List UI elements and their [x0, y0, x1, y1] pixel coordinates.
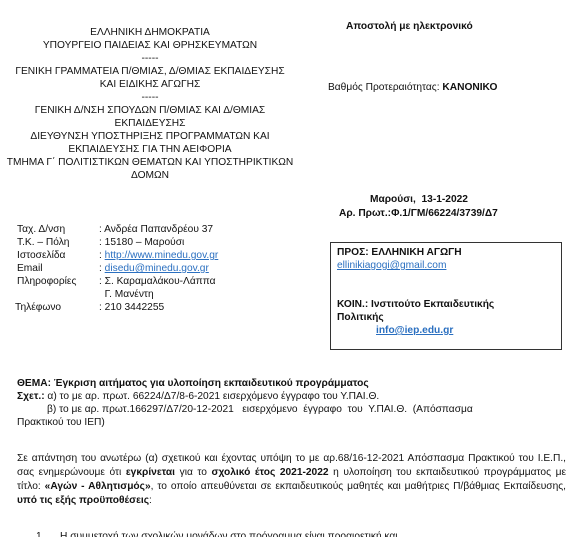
- list-number: 1.: [36, 530, 60, 537]
- header-line: ΓΕΝΙΚΗ ΓΡΑΜΜΑΤΕΙΑ Π/ΘΜΙΑΣ, Δ/ΘΜΙΑΣ ΕΚΠΑΙ…: [0, 65, 300, 78]
- header-line: ΚΑΙ ΕΙΔΙΚΗΣ ΑΓΩΓΗΣ: [0, 78, 300, 91]
- body-emphasis: εγκρίνεται: [126, 467, 175, 478]
- header-separator: -----: [0, 52, 300, 65]
- reference-a: Σχετ.: α) το με αρ. πρωτ. 66224/Δ7/8-6-2…: [17, 390, 577, 403]
- program-title: «Αγών - Αθλητισμός»: [45, 481, 151, 492]
- recipient-cc: ΚΟΙΝ.: Ινστιτούτο Εκπαιδευτικής: [337, 298, 555, 311]
- header-line: ΓΕΝΙΚΗ Δ/ΝΣΗ ΣΠΟΥΔΩΝ Π/ΘΜΙΑΣ ΚΑΙ Δ/ΘΜΙΑΣ: [0, 104, 300, 117]
- recipients-box: ΠΡΟΣ: ΕΛΛΗΝΙΚΗ ΑΓΩΓΗ ellinikiagogi@gmail…: [330, 242, 562, 350]
- body-text: , το οποίο απευθύνεται σε εκπαιδευτικούς…: [151, 481, 575, 492]
- header-line: ΥΠΟΥΡΓΕΙΟ ΠΑΙΔΕΙΑΣ ΚΑΙ ΘΡΗΣΚΕΥΜΑΤΩΝ: [0, 39, 300, 52]
- header-line: ΕΛΛΗΝΙΚΗ ΔΗΜΟΚΡΑΤΙΑ: [0, 26, 300, 39]
- header-line: ΕΚΠΑΙΔΕΥΣΗΣ ΓΙΑ ΤΗΝ ΑΕΙΦΟΡΙΑ: [0, 143, 300, 156]
- contact-label: Ταχ. Δ/νση: [17, 223, 99, 236]
- reference-b-cont: Πρακτικού του ΙΕΠ): [17, 416, 577, 429]
- priority-line: Βαθμός Προτεραιότητας: ΚΑΝΟΝΙΚΟ: [328, 81, 497, 94]
- contact-value: : 210 3442255: [99, 301, 164, 314]
- contact-value: : Σ. Καραμαλάκου-Λάππα: [99, 275, 216, 288]
- protocol-number: Αρ. Πρωτ.:Φ.1/ΓΜ/66224/3739/Δ7: [339, 207, 498, 220]
- reference-label: Σχετ.:: [17, 391, 45, 402]
- contact-row-address: Ταχ. Δ/νση : Ανδρέα Παπανδρέου 37: [17, 223, 218, 236]
- contact-label: Τ.Κ. – Πόλη: [17, 236, 99, 249]
- recipient-to-email[interactable]: ellinikiagogi@gmail.com: [337, 260, 446, 271]
- reference-b: β) το με αρ. πρωτ.166297/Δ7/20-12-2021 ε…: [17, 403, 577, 416]
- contact-row-phone: Τηλέφωνο : 210 3442255: [15, 301, 218, 314]
- subject-label: ΘΕΜΑ:: [17, 378, 51, 389]
- contact-value: : Ανδρέα Παπανδρέου 37: [99, 223, 213, 236]
- contact-value: Γ. Μανέντη: [99, 288, 154, 301]
- contact-label: Email: [17, 262, 99, 275]
- website-link[interactable]: http://www.minedu.gov.gr: [105, 249, 219, 262]
- list-item-1: 1.Η συμμετοχή των σχολικών μονάδων στο π…: [36, 530, 398, 537]
- body-text: για το: [175, 467, 212, 478]
- contact-row-email: Email : disedu@minedu.gov.gr: [17, 262, 218, 275]
- contact-info: Ταχ. Δ/νση : Ανδρέα Παπανδρέου 37 Τ.Κ. –…: [17, 223, 218, 314]
- header-line: ΔΙΕΥΘΥΝΣΗ ΥΠΟΣΤΗΡΙΞΗΣ ΠΡΟΓΡΑΜΜΑΤΩΝ ΚΑΙ: [0, 130, 300, 143]
- priority-label: Βαθμός Προτεραιότητας:: [328, 82, 442, 93]
- reference-a-text: α) το με αρ. πρωτ. 66224/Δ7/8-6-2021 εισ…: [45, 391, 380, 402]
- priority-value: ΚΑΝΟΝΙΚΟ: [442, 82, 497, 93]
- contact-value: : 15180 – Μαρούσι: [99, 236, 184, 249]
- header-line: ΤΜΗΜΑ Γ΄ ΠΟΛΙΤΙΣΤΙΚΩΝ ΘΕΜΑΤΩΝ ΚΑΙ ΥΠΟΣΤΗ…: [0, 156, 300, 169]
- header-separator: -----: [0, 91, 300, 104]
- contact-label: Τηλέφωνο: [15, 301, 99, 314]
- contact-label: [17, 288, 99, 301]
- subject-line: ΘΕΜΑ: Έγκριση αιτήματος για υλοποίηση εκ…: [17, 377, 577, 390]
- contact-row-info: Πληροφορίες : Σ. Καραμαλάκου-Λάππα: [17, 275, 218, 288]
- body-paragraph: Σε απάντηση του ανωτέρω (α) σχετικού και…: [17, 452, 566, 508]
- contact-row-info-2: Γ. Μανέντη: [17, 288, 218, 301]
- recipient-cc-2: Πολιτικής: [337, 311, 555, 324]
- subject-text: Έγκριση αιτήματος για υλοποίηση εκπαιδευ…: [51, 378, 369, 389]
- contact-label: Ιστοσελίδα: [17, 249, 99, 262]
- list-text: Η συμμετοχή των σχολικών μονάδων στο πρό…: [60, 531, 398, 537]
- body-emphasis: σχολικό έτος 2021-2022: [212, 467, 329, 478]
- contact-label: Πληροφορίες: [17, 275, 99, 288]
- recipient-to: ΠΡΟΣ: ΕΛΛΗΝΙΚΗ ΑΓΩΓΗ: [337, 246, 555, 259]
- recipient-cc-email[interactable]: info@iep.edu.gr: [376, 325, 453, 336]
- body-text: :: [149, 495, 152, 506]
- delivery-method: Αποστολή με ηλεκτρονικό: [346, 20, 473, 33]
- body-emphasis: υπό τις εξής προϋποθέσεις: [17, 495, 149, 506]
- header-line: ΕΚΠΑΙΔΕΥΣΗΣ: [0, 117, 300, 130]
- email-link[interactable]: disedu@minedu.gov.gr: [105, 262, 209, 275]
- header-line: ΔΟΜΩΝ: [0, 169, 300, 182]
- issuer-header: ΕΛΛΗΝΙΚΗ ΔΗΜΟΚΡΑΤΙΑ ΥΠΟΥΡΓΕΙΟ ΠΑΙΔΕΙΑΣ Κ…: [0, 26, 300, 182]
- place-date: Μαρούσι, 13-1-2022: [370, 193, 468, 206]
- contact-row-postcode: Τ.Κ. – Πόλη : 15180 – Μαρούσι: [17, 236, 218, 249]
- contact-row-website: Ιστοσελίδα : http://www.minedu.gov.gr: [17, 249, 218, 262]
- subject-block: ΘΕΜΑ: Έγκριση αιτήματος για υλοποίηση εκ…: [17, 377, 577, 429]
